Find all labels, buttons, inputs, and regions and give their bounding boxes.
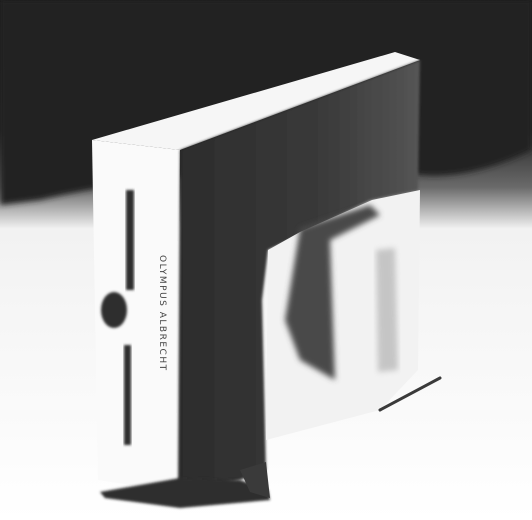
photo-canvas: OLYMPUS ALBRECHT xyxy=(0,0,532,520)
cutout-texture xyxy=(376,248,398,372)
photo: OLYMPUS ALBRECHT xyxy=(0,0,532,520)
front-knob xyxy=(101,292,127,328)
device-label: OLYMPUS ALBRECHT xyxy=(157,255,167,372)
front-slot-lower xyxy=(124,345,131,445)
front-slot-upper xyxy=(126,190,134,290)
